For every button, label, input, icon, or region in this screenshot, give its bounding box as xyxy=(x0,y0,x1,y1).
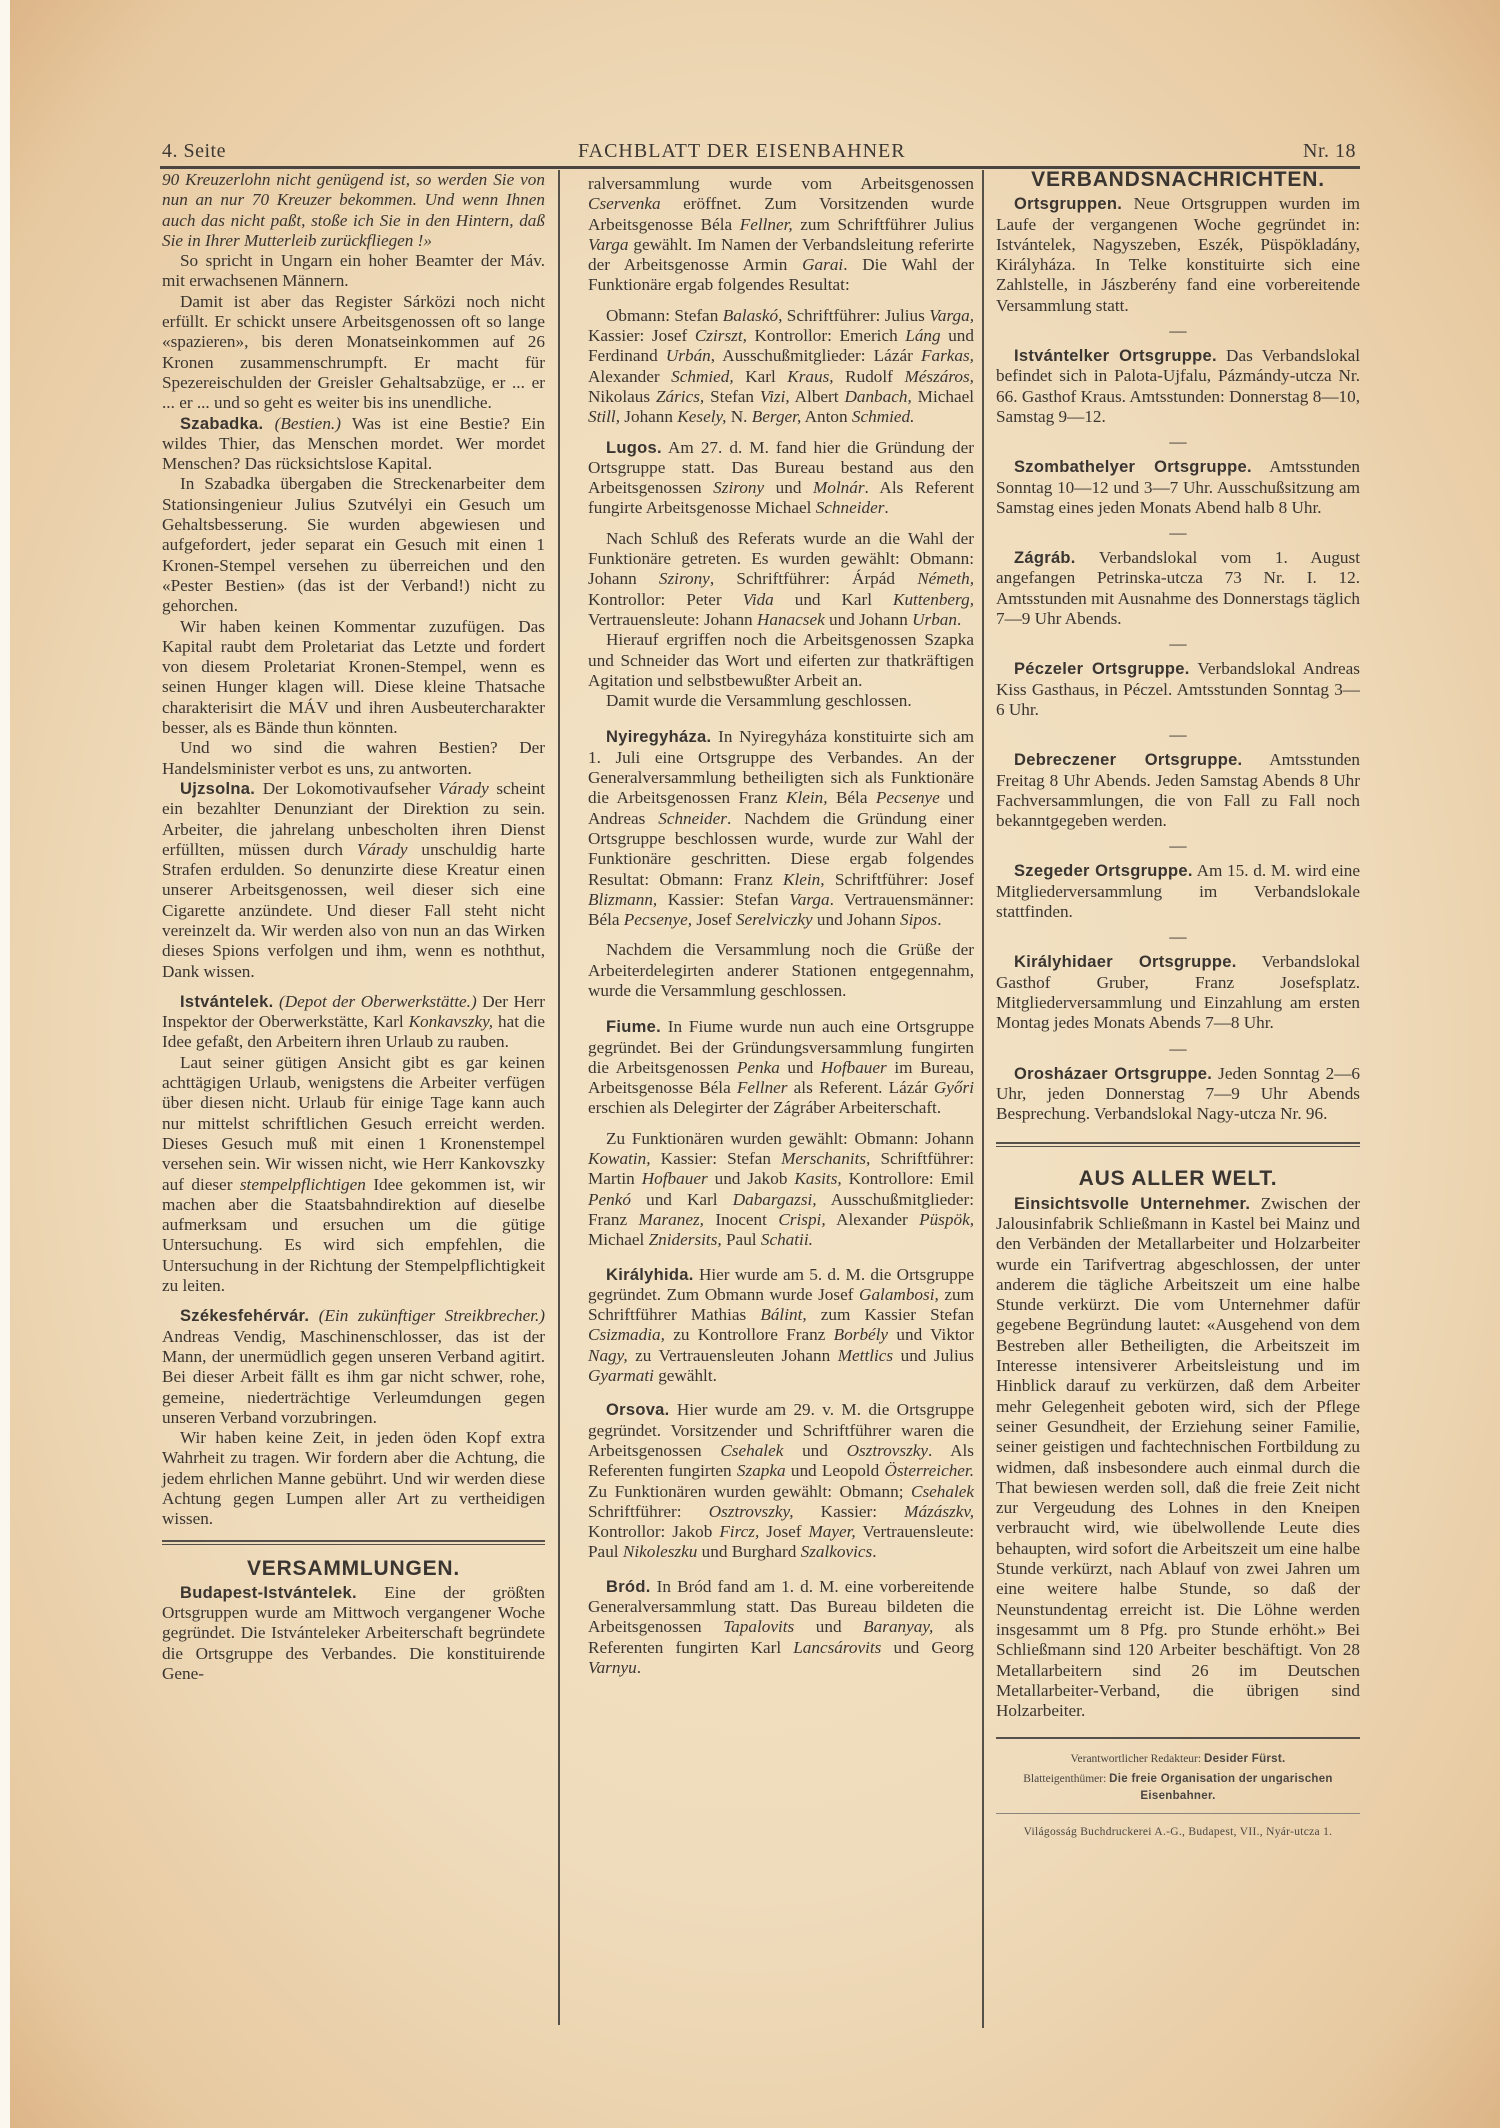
article-lugos: Lugos. Am 27. d. M. fand hier die Gründu… xyxy=(588,438,974,712)
item-separator: — xyxy=(996,1042,1360,1056)
article-title: Lugos. xyxy=(606,439,662,457)
paragraph: Wir haben keine Zeit, in jeden öden Kopf… xyxy=(162,1428,545,1529)
column-divider xyxy=(558,170,560,2025)
paragraph: Királyhida. Hier wurde am 5. d. M. die O… xyxy=(588,1265,974,1387)
paragraph: Ujzsolna. Der Lokomotivaufseher Várady s… xyxy=(162,779,545,982)
item-title: Szegeder Ortsgruppe. xyxy=(1014,862,1193,880)
paragraph: Nyiregyháza. In Nyiregyháza konstituirte… xyxy=(588,727,974,930)
paragraph: So spricht in Ungarn ein hoher Beamter d… xyxy=(162,251,545,292)
paragraph: ralversammlung wurde vom Arbeitsgenossen… xyxy=(588,174,974,296)
article-istvantelek: Istvántelek. (Depot der Oberwerkstätte.)… xyxy=(162,992,545,1296)
article-fiume: Fiume. In Fiume wurde nun auch eine Orts… xyxy=(588,1017,974,1250)
paragraph: Istvántelek. (Depot der Oberwerkstätte.)… xyxy=(162,992,545,1053)
item-title: Orosházaer Ortsgruppe. xyxy=(1014,1065,1212,1083)
paragraph: In Szabadka übergaben die Streckenarbeit… xyxy=(162,474,545,616)
item-separator: — xyxy=(996,526,1360,540)
article-title: Budapest-Istvántelek. xyxy=(180,1584,357,1602)
imprint-editor: Verantwortlicher Redakteur: Desider Fürs… xyxy=(996,1751,1360,1768)
article-ujzsolna: Ujzsolna. Der Lokomotivaufseher Várady s… xyxy=(162,779,545,982)
article-title: Székesfehérvár. xyxy=(180,1307,309,1325)
paragraph: Damit wurde die Versammlung geschlossen. xyxy=(588,691,974,711)
paragraph: Lugos. Am 27. d. M. fand hier die Gründu… xyxy=(588,438,974,519)
section-title-aus-aller-welt: AUS ALLER WELT. xyxy=(996,1169,1360,1189)
intro-quote: 90 Kreuzerlohn nicht genügend ist, so we… xyxy=(162,170,545,251)
paragraph: Székesfehérvár. (Ein zukünftiger Streikb… xyxy=(162,1306,545,1428)
column-1: 90 Kreuzerlohn nicht genügend ist, so we… xyxy=(162,170,545,1684)
verband-news-list: Ortsgruppen. Neue Ortsgruppen wurden im … xyxy=(996,194,1360,1124)
item-separator: — xyxy=(996,839,1360,853)
article-title: Nyiregyháza. xyxy=(606,728,711,746)
column-2: ralversammlung wurde vom Arbeitsgenossen… xyxy=(588,174,974,1678)
article-title: Bród. xyxy=(606,1578,651,1596)
paragraph: Budapest-Istvántelek. Eine der größten O… xyxy=(162,1583,545,1684)
item-separator: — xyxy=(996,435,1360,449)
paragraph: Und wo sind die wahren Bestien? Der Hand… xyxy=(162,738,545,779)
imprint-divider xyxy=(996,1813,1360,1814)
section-title-verbandsnachrichten: VERBANDSNACHRICHTEN. xyxy=(996,170,1360,190)
imprint-owner: Blatteigenthümer: Die freie Organisation… xyxy=(996,1771,1360,1805)
article-szekesfehervar: Székesfehérvár. (Ein zukünftiger Streikb… xyxy=(162,1306,545,1529)
imprint-divider xyxy=(996,1737,1360,1739)
item-title: Királyhidaer Ortsgruppe. xyxy=(1014,953,1237,971)
issue-number: Nr. 18 xyxy=(1303,140,1356,163)
paragraph: Orsova. Hier wurde am 29. v. M. die Orts… xyxy=(588,1400,974,1562)
section-title-versammlungen: VERSAMMLUNGEN. xyxy=(162,1559,545,1579)
paragraph: Nach Schluß des Referats wurde an die Wa… xyxy=(588,529,974,630)
printer-line: Világosság Buchdruckerei A.-G., Budapest… xyxy=(996,1822,1360,1842)
publication-title: FACHBLATT DER EISENBAHNER xyxy=(578,140,906,163)
paragraph: Einsichtsvolle Unternehmer. Zwischen der… xyxy=(996,1194,1360,1722)
column-3: VERBANDSNACHRICHTEN. Ortsgruppen. Neue O… xyxy=(996,170,1360,1843)
list-item: Ortsgruppen. Neue Ortsgruppen wurden im … xyxy=(996,194,1360,316)
paragraph: Laut seiner gütigen Ansicht gibt es gar … xyxy=(162,1053,545,1297)
article-title: Fiume. xyxy=(606,1018,661,1036)
article-subtitle: (Bestien.) xyxy=(275,414,341,433)
list-item: Zágráb. Verbandslokal vom 1. August ange… xyxy=(996,548,1360,629)
article-kiralyhida: Királyhida. Hier wurde am 5. d. M. die O… xyxy=(588,1265,974,1387)
newspaper-page: 4. Seite FACHBLATT DER EISENBAHNER Nr. 1… xyxy=(160,130,1360,169)
item-title: Ortsgruppen. xyxy=(1014,195,1122,213)
paragraph: Zu Funktionären wurden gewählt: Obmann: … xyxy=(588,1129,974,1251)
article-orsova: Orsova. Hier wurde am 29. v. M. die Orts… xyxy=(588,1400,974,1562)
scan-edge xyxy=(0,0,10,2128)
paragraph: Szabadka. (Bestien.) Was ist eine Bestie… xyxy=(162,414,545,475)
item-title: Péczeler Ortsgruppe. xyxy=(1014,660,1190,678)
page-header: 4. Seite FACHBLATT DER EISENBAHNER Nr. 1… xyxy=(160,130,1360,169)
list-item: Istvántelker Ortsgruppe. Das Verbandslok… xyxy=(996,346,1360,427)
article-title: Királyhida. xyxy=(606,1266,694,1284)
page-number: 4. Seite xyxy=(162,140,226,163)
paragraph: Nachdem die Versammlung noch die Grüße d… xyxy=(588,940,974,1001)
item-separator: — xyxy=(996,324,1360,338)
article-title: Szabadka. xyxy=(180,415,263,433)
list-item: Péczeler Ortsgruppe. Verbandslokal Andre… xyxy=(996,659,1360,720)
article-title: Einsichtsvolle Unternehmer. xyxy=(1014,1195,1250,1213)
columns: 90 Kreuzerlohn nicht genügend ist, so we… xyxy=(160,170,1360,2030)
paragraph: Bród. In Bród fand am 1. d. M. eine vorb… xyxy=(588,1577,974,1678)
paragraph: Fiume. In Fiume wurde nun auch eine Orts… xyxy=(588,1017,974,1118)
paragraph: Hierauf ergriffen noch die Arbeitsgenoss… xyxy=(588,630,974,691)
item-separator: — xyxy=(996,637,1360,651)
list-item: Debreczener Ortsgruppe. Amtsstunden Frei… xyxy=(996,750,1360,831)
article-subtitle: (Depot der Oberwerkstätte.) xyxy=(279,992,477,1011)
item-separator: — xyxy=(996,728,1360,742)
section-divider xyxy=(162,1540,545,1545)
item-separator: — xyxy=(996,930,1360,944)
paragraph: Damit ist aber das Register Sárközi noch… xyxy=(162,292,545,414)
item-title: Zágráb. xyxy=(1014,549,1076,567)
paragraph: Wir haben keinen Kommentar zuzufügen. Da… xyxy=(162,617,545,739)
article-brod: Bród. In Bród fand am 1. d. M. eine vorb… xyxy=(588,1577,974,1678)
item-title: Debreczener Ortsgruppe. xyxy=(1014,751,1242,769)
article-title: Istvántelek. xyxy=(180,993,273,1011)
article-title: Ujzsolna. xyxy=(180,780,255,798)
column-divider xyxy=(982,170,984,2028)
section-divider xyxy=(996,1142,1360,1147)
list-item: Orosházaer Ortsgruppe. Jeden Sonntag 2—6… xyxy=(996,1064,1360,1125)
article-subtitle: (Ein zukünftiger Streikbrecher.) xyxy=(319,1306,545,1325)
article-nyiregyhaza: Nyiregyháza. In Nyiregyháza konstituirte… xyxy=(588,727,974,1001)
article-title: Orsova. xyxy=(606,1401,670,1419)
paragraph: Obmann: Stefan Balaskó, Schriftführer: J… xyxy=(588,306,974,428)
list-item: Királyhidaer Ortsgruppe. Verbandslokal G… xyxy=(996,952,1360,1033)
list-item: Szombathelyer Ortsgruppe. Amtsstunden So… xyxy=(996,457,1360,518)
list-item: Szegeder Ortsgruppe. Am 15. d. M. wird e… xyxy=(996,861,1360,922)
article-szabadka: Szabadka. (Bestien.) Was ist eine Bestie… xyxy=(162,414,545,779)
item-title: Istvántelker Ortsgruppe. xyxy=(1014,347,1217,365)
item-title: Szombathelyer Ortsgruppe. xyxy=(1014,458,1252,476)
